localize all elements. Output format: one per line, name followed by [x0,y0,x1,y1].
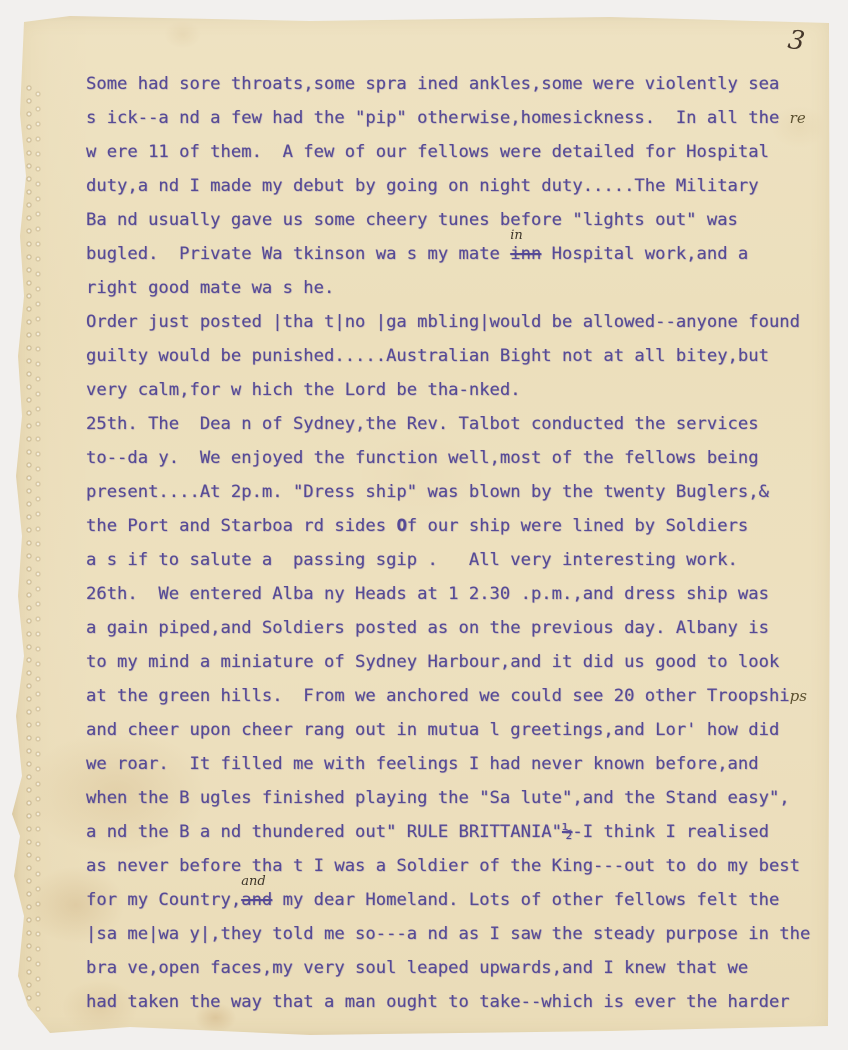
handwritten-note-above: and [241,875,265,888]
typed-text: the Port and Starboa rd sides [86,516,396,536]
typed-text: to my mind a miniature of Sydney Harbour… [86,652,779,672]
typed-line: right good mate wa s he. [86,271,816,305]
typed-line: when the B ugles finished playing the "S… [86,781,816,815]
typed-line: we roar. It filled me with feelings I ha… [86,747,816,781]
typed-text: -I think I realised [572,822,769,842]
typed-line: the Port and Starboa rd sides Of our shi… [86,509,816,543]
typed-line: as never before tha t I was a Soldier of… [86,849,816,883]
handwritten-correction: re [790,109,806,127]
typed-line: w ere 11 of them. A few of our fellows w… [86,135,816,169]
typed-line: duty,a nd I made my debut by going on ni… [86,169,816,203]
typed-line: very calm,for w hich the Lord be tha-nke… [86,373,816,407]
struck-out-text: ½ [562,822,572,842]
typed-text: we roar. It filled me with feelings I ha… [86,754,759,774]
typed-text: Some had sore throats,some spra ined ank… [86,74,779,94]
typed-text: when the B ugles finished playing the "S… [86,788,790,808]
typed-line: a s if to salute a passing sgip . All ve… [86,543,816,577]
typed-text: a gain piped,and Soldiers posted as on t… [86,618,769,638]
typed-text: a s if to salute a passing sgip . All ve… [86,550,738,570]
typed-text: bra ve,open faces,my very soul leaped up… [86,958,748,978]
typed-text: to--da y. We enjoyed the function well,m… [86,448,759,468]
typed-line: for my Country,andand my dear Homeland. … [86,883,816,917]
typed-line: 25th. The Dea n of Sydney,the Rev. Talbo… [86,407,816,441]
typed-line: bugled. Private Wa tkinson wa s my mate … [86,237,816,271]
typed-line: |sa me|wa y|,they told me so---a nd as I… [86,917,816,951]
typed-line: had taken the way that a man ought to ta… [86,985,816,1019]
handwritten-correction: ps [790,687,807,705]
typed-text: 25th. The Dea n of Sydney,the Rev. Talbo… [86,414,759,434]
typed-text: guilty would be punished.....Australian … [86,346,769,366]
typed-text: present....At 2p.m. "Dress ship" was blo… [86,482,769,502]
typed-text: 26th. We entered Alba ny Heads at 1 2.30… [86,584,769,604]
typed-text: Ba nd usually gave us some cheery tunes … [86,210,738,230]
handwritten-note-above: in [510,229,523,242]
typed-line: a gain piped,and Soldiers posted as on t… [86,611,816,645]
typed-text: bugled. Private Wa tkinson wa s my mate [86,244,510,264]
typed-line: to my mind a miniature of Sydney Harbour… [86,645,816,679]
typed-text: s ick--a nd a few had the "pip" otherwis… [86,108,790,128]
typed-line: Ba nd usually gave us some cheery tunes … [86,203,816,237]
typed-line: a nd the B a nd thundered out" RULE BRIT… [86,815,816,849]
typed-text: and cheer upon cheer rang out in mutua l… [86,720,779,740]
typed-line: bra ve,open faces,my very soul leaped up… [86,951,816,985]
typed-line: and cheer upon cheer rang out in mutua l… [86,713,816,747]
struck-out-text: andand [241,890,272,910]
typed-text: |sa me|wa y|,they told me so---a nd as I… [86,924,810,944]
typed-text: for my Country, [86,890,241,910]
typed-line: s ick--a nd a few had the "pip" otherwis… [86,101,816,135]
typed-line: present....At 2p.m. "Dress ship" was blo… [86,475,816,509]
typed-line: Order just posted |tha t|no |ga mbling|w… [86,305,816,339]
typed-line: to--da y. We enjoyed the function well,m… [86,441,816,475]
typed-text: had taken the way that a man ought to ta… [86,992,790,1012]
typed-lines: Some had sore throats,some spra ined ank… [86,67,816,1019]
typed-text: a nd the B a nd thundered out" RULE BRIT… [86,822,562,842]
binder-perforations [24,84,46,1034]
typed-line: at the green hills. From we anchored we … [86,679,816,713]
typed-text: my dear Homeland. Lots of other fellows … [272,890,779,910]
struck-out-text: innin [510,244,541,264]
typed-line: Some had sore throats,some spra ined ank… [86,67,816,101]
typed-text: very calm,for w hich the Lord be tha-nke… [86,380,521,400]
typed-line: guilty would be punished.....Australian … [86,339,816,373]
typed-text: as never before tha t I was a Soldier of… [86,856,800,876]
typed-text: at the green hills. From we anchored we … [86,686,790,706]
overtyped-text: O [396,516,406,536]
typed-text: w ere 11 of them. A few of our fellows w… [86,142,769,162]
typed-text: Hospital work,and a [541,244,748,264]
scanned-document-page: { "page": { "page_number": "3", "ink_col… [0,0,848,1050]
typed-text: f our ship were lined by Soldiers [407,516,748,536]
typed-text: right good mate wa s he. [86,278,334,298]
typed-text: duty,a nd I made my debut by going on ni… [86,176,759,196]
typed-line: 26th. We entered Alba ny Heads at 1 2.30… [86,577,816,611]
typed-text: Order just posted |tha t|no |ga mbling|w… [86,312,800,332]
